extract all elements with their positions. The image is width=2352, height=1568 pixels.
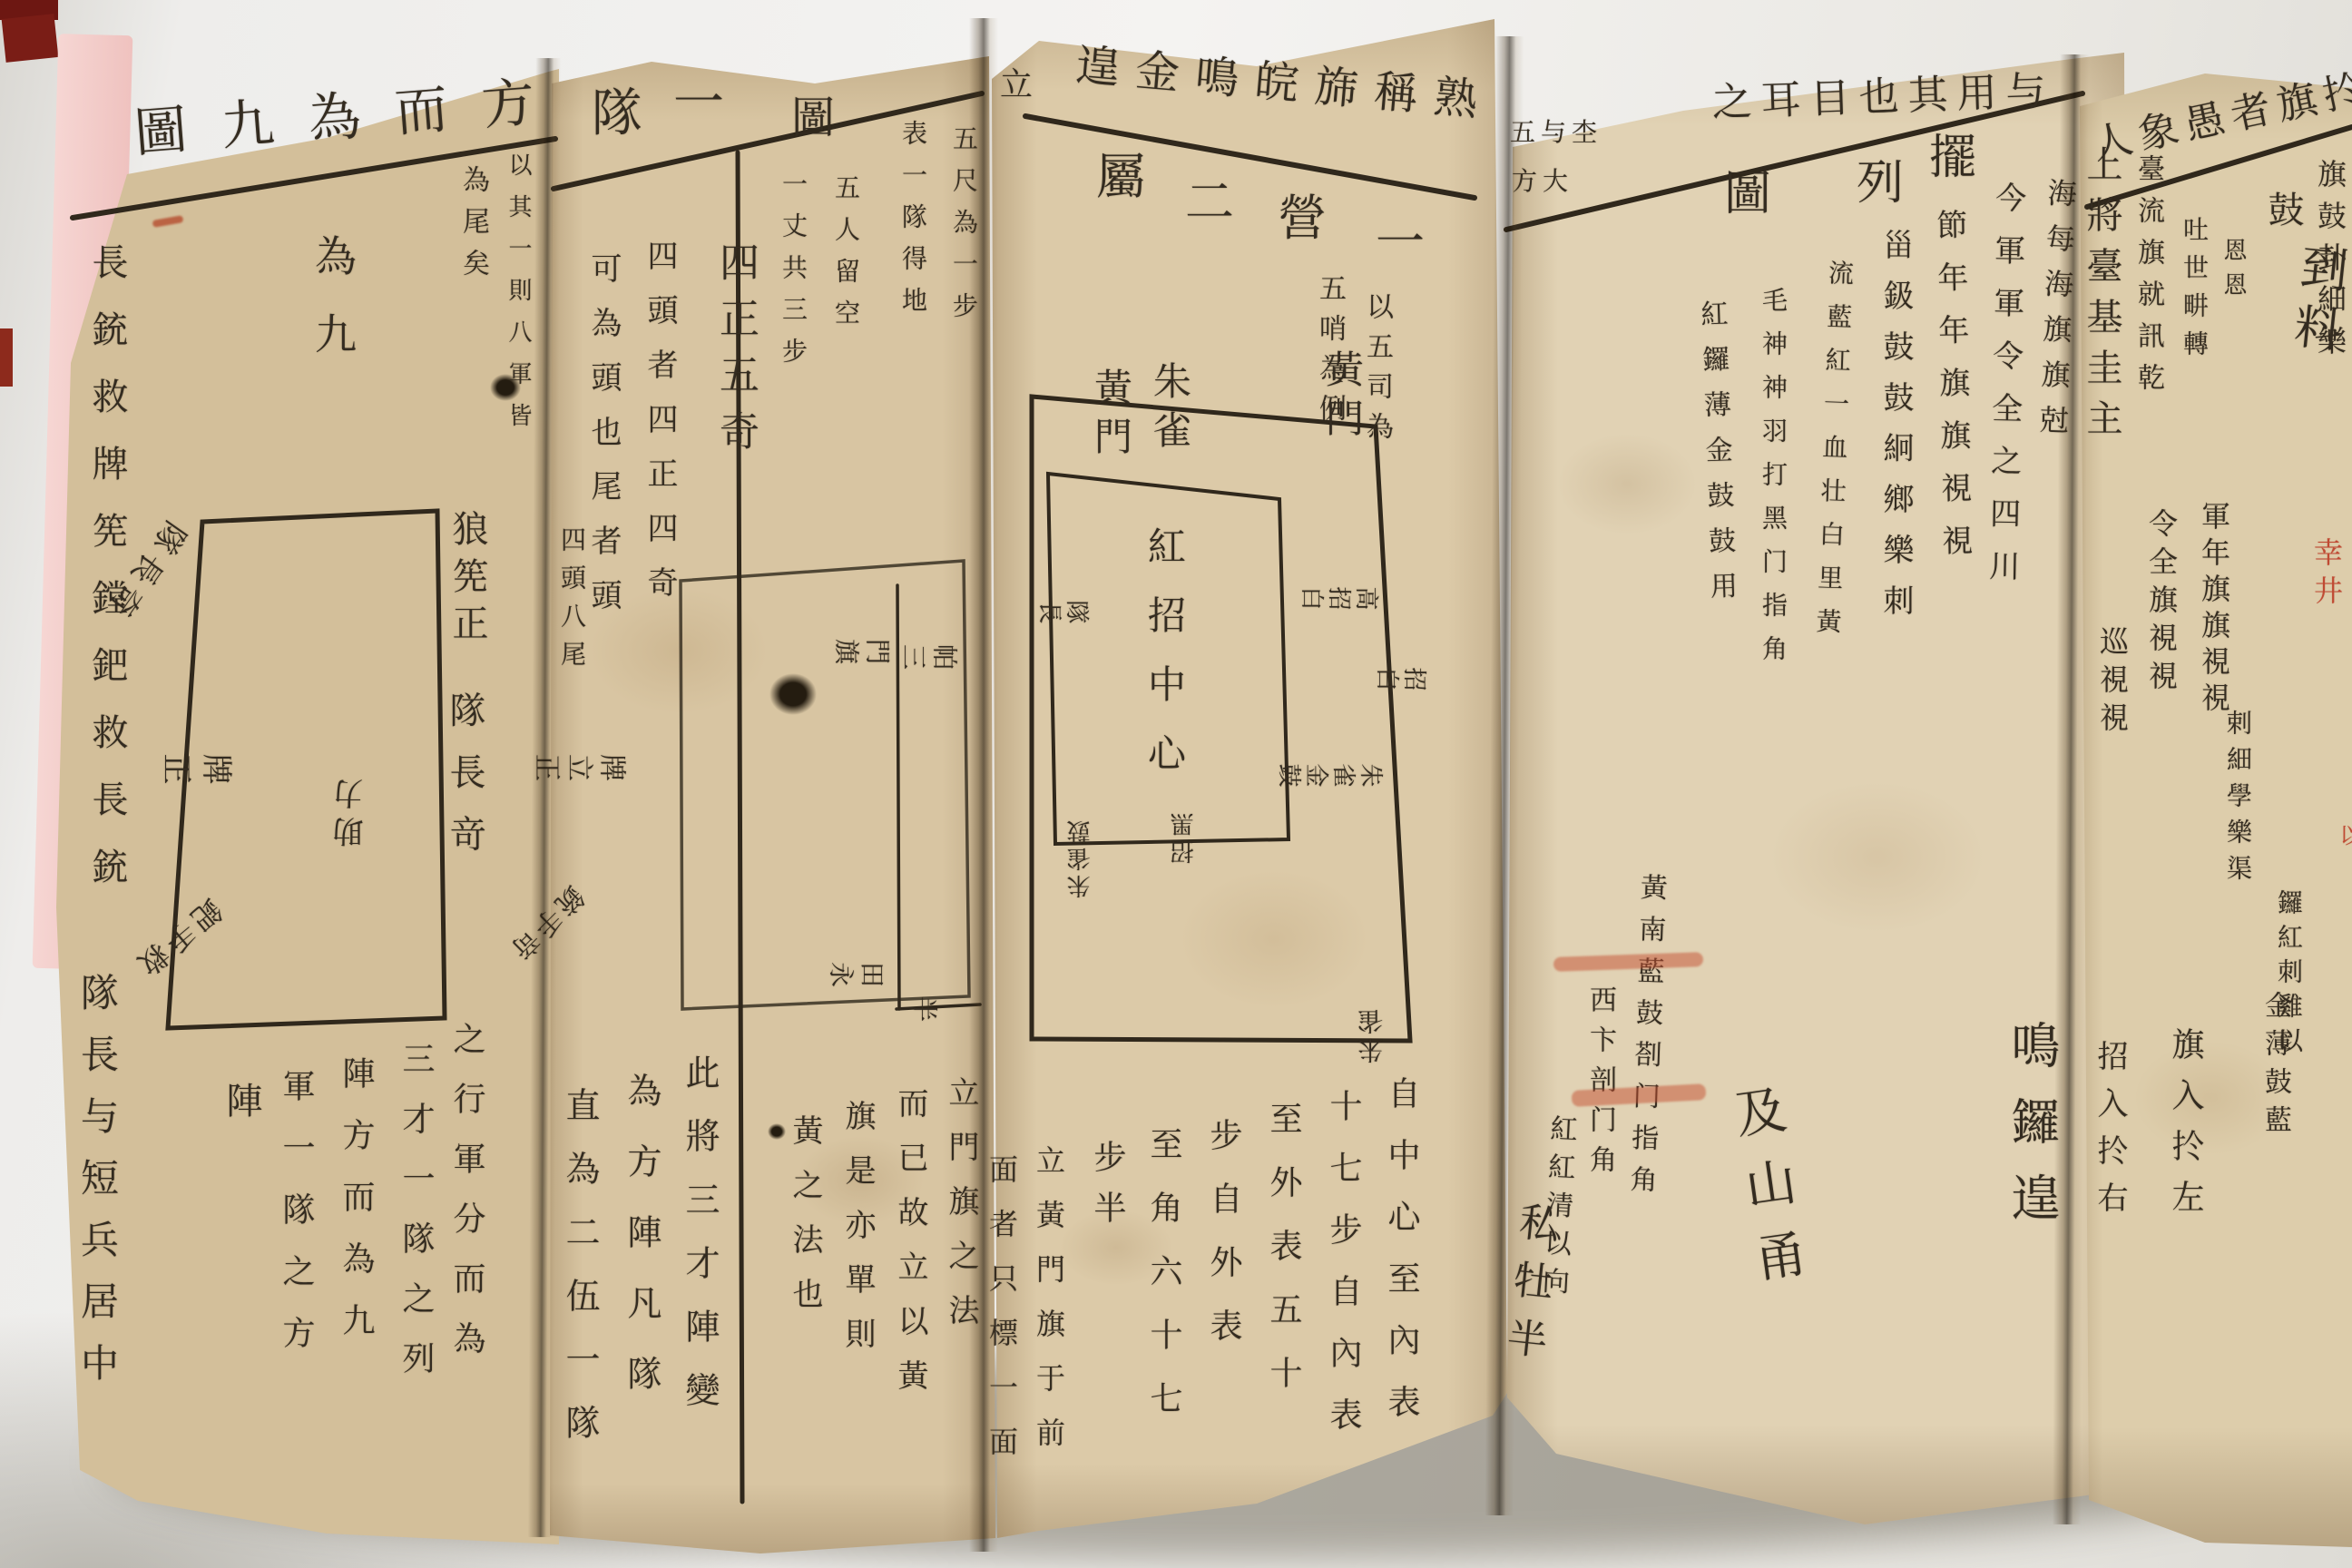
panel1-title-char: 圖 <box>132 95 224 163</box>
panel5-column: 臺流旗就訊乾 <box>2134 154 2161 405</box>
panel3-rotated-label: 招黑 <box>1172 809 1196 864</box>
panel4-lower-column: 西卞剖门角 <box>1586 985 1613 1185</box>
fold-crease <box>969 18 998 1552</box>
panel4-title-char: 圖 <box>1724 171 1771 218</box>
panel3-rotated-label: 高招白 <box>1298 584 1379 608</box>
panel1-right-column: 狼筅正 <box>449 510 485 652</box>
ink-blot <box>768 1123 786 1140</box>
panel2-marker-bottom-column: 旗是亦單則 <box>842 1100 873 1372</box>
panel2-marker-head-char: 立 <box>1000 69 1033 102</box>
panel5-column: 金薄鼓藍 <box>2261 991 2288 1143</box>
panel1-bottom-column: 陣 <box>223 1082 260 1118</box>
panel3-gate-label: 黃門 <box>1323 349 1361 447</box>
panel2-title-char: 一 <box>673 78 724 129</box>
panel3-title-char: 一 <box>1376 218 1425 267</box>
panel3-inner-square-column: 紅招中心 <box>1145 526 1183 802</box>
panel3-bottom-column: 步自外表 <box>1207 1118 1240 1372</box>
panel3-sub-column: 以五司為 <box>1363 292 1390 452</box>
panel5-red-annotation: 以 <box>2337 824 2352 846</box>
panel3-rotated-label: 招白 <box>1373 665 1427 689</box>
panel1-square-label-center: 助力 <box>336 771 367 848</box>
panel4-cursive-column: 毛神神羽打黑门指角 <box>1760 287 1786 679</box>
panel2-bottom-column: 為方陣凡隊 <box>624 1073 659 1426</box>
panel4-title-char: 列 <box>1857 160 1904 207</box>
panel3-rotated-label: 朱雀鼓 <box>1069 817 1093 898</box>
panel3-rotated-label: 朱雀金鼓 <box>1275 761 1384 785</box>
panel5-bottom-column: 招入扵右 <box>2094 1040 2125 1229</box>
panel2-marker-column: 表一隊得地 <box>900 120 926 328</box>
panel5-column: 令全旗視視 <box>2147 508 2176 699</box>
panel3-title-char: 二 <box>1185 178 1234 227</box>
panel3-bottom-column: 至外表五十 <box>1267 1102 1299 1419</box>
panel2-column: 可為頭也尾者頭 <box>588 252 619 633</box>
panel3-bottom-column: 十七步自內表 <box>1327 1089 1359 1459</box>
panel2-column: 四正五奇 <box>715 241 755 466</box>
panel2-title-char: 隊 <box>592 89 642 140</box>
panel4-cursive-column: 甾鈒鼓鼓絅鄉樂刺 <box>1880 229 1911 635</box>
panel5-big-cursive: 到料 <box>2286 241 2346 366</box>
panel3-rotated-label: 朱雀 <box>1359 1005 1385 1063</box>
panel1-center-note: 為九 <box>312 234 354 390</box>
panel3-bottom-column: 立黃門旗于前 <box>1034 1145 1063 1472</box>
panel2-marker-head-char: 圖 <box>791 96 835 140</box>
panel5-column: 軍年旗旗視視 <box>2200 501 2229 719</box>
panel5-column: 恩恩 <box>2221 238 2245 307</box>
panel4-cursive-column: 節年年旗旗視視 <box>1933 209 1970 578</box>
panel5-bottom-column: 旗入扵左 <box>2169 1027 2201 1230</box>
photo-of-folded-manuscript: 圖九為而方 長銃救牌筅鏜鈀救長銃 以其一則八軍皆 為尾矣 為九 隊長奇 牌正 助… <box>0 0 2352 1568</box>
panel3-rotated-label: 隊長 <box>1035 598 1090 622</box>
panel1-title-char: 為 <box>306 82 397 150</box>
panel1-bottom-column: 之行軍分而為 <box>450 1022 483 1381</box>
panel4-title-char: 擺 <box>1929 134 1976 181</box>
panel2-marker-rotated-label: 半 <box>913 995 938 1020</box>
panel4-big-cursive: 鳴鑼遑 <box>2007 1020 2056 1249</box>
panel2-column: 四頭八尾 <box>559 526 584 679</box>
panel5-column: 剌細學樂渠 <box>2225 710 2250 891</box>
panel2-marker-rotated-label: 門旗 <box>829 637 891 662</box>
panel3-title-char: 屬 <box>1096 152 1145 201</box>
panel1-note-column: 以其一則八軍皆 <box>506 152 530 445</box>
ink-blot <box>769 673 817 715</box>
panel1-title-char: 而 <box>393 75 485 143</box>
panel1-right-column: 隊長竒 <box>446 691 483 877</box>
panel2-bottom-column: 此將三才陣變 <box>682 1054 717 1436</box>
panel4-annotation-margin: 五与杢 <box>1510 120 1602 145</box>
panel2-marker-bottom-column: 黃之法也 <box>789 1114 820 1332</box>
panel3-bottom-column: 步半 <box>1091 1140 1123 1241</box>
panel4-cursive-annotation: 之耳目也其用与 <box>1711 72 2055 123</box>
panel5-red-annotation: 幸井 <box>2312 537 2341 613</box>
panel1-title-char: 九 <box>219 89 310 157</box>
panel5-column: 鼓 <box>2265 191 2301 227</box>
panel1-note-column: 為尾矣 <box>459 165 486 290</box>
panel2-marker-column: 一丈共三步 <box>780 171 806 379</box>
panel5-column: 吐世畊轉 <box>2181 216 2207 368</box>
panel2-marker-rotated-label: 田永 <box>824 960 886 985</box>
panel1-leftbottom-column: 隊長与短兵居中 <box>78 973 116 1405</box>
panel2-bottom-column: 直為二伍一隊 <box>563 1087 597 1468</box>
panel5-left-column: 上將臺基圭主 <box>2083 145 2120 450</box>
panel3-bottom-column: 至角六十七 <box>1147 1127 1180 1445</box>
panel1-bottom-column: 軍一隊之方 <box>279 1069 312 1377</box>
panel5-column: 巡視視 <box>2098 626 2127 740</box>
panel1-bottom-column: 陣方而為九 <box>339 1056 372 1365</box>
panel3-title-char: 營 <box>1278 194 1327 243</box>
panel2-marker-column: 五人留空 <box>833 174 858 341</box>
panel4-cursive-column: 今軍軍令全之四川 <box>1985 181 2024 603</box>
panel2-marker-bottom-column: 而已故立以黃 <box>895 1087 926 1414</box>
panel2-marker-rotated-label: 帕三 <box>897 642 958 668</box>
panel3-bottom-column: 自中心至內表 <box>1385 1076 1417 1446</box>
panel3-gate-label: 黃門 <box>1092 367 1130 465</box>
panel3-gate-label: 朱雀 <box>1151 361 1189 459</box>
panel1-bottom-column: 三才一隊之列 <box>399 1042 432 1401</box>
panel1-square-label-left: 牌正 <box>153 750 233 781</box>
panel2-column: 四頭者四正四奇 <box>644 240 675 621</box>
